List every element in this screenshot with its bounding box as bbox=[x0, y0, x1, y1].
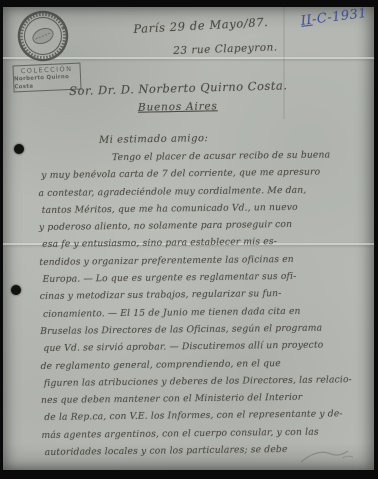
letter-body: Tengo el placer de acusar recibo de su b… bbox=[38, 149, 368, 464]
recipient-line: Sor. Dr. D. Norberto Quirno Costa. bbox=[69, 78, 288, 98]
salutation: Mi estimado amigo: bbox=[99, 133, 209, 146]
dateline-street-address: 23 rue Clapeyron. bbox=[173, 41, 278, 57]
pencil-mark bbox=[298, 445, 356, 467]
letter-paper: COLECCIÓN Norberto Quirno Costa II-C-193… bbox=[3, 7, 374, 470]
recipient-city: Buenos Aires bbox=[138, 100, 218, 113]
hole-punch-bottom bbox=[11, 285, 21, 295]
dateline-place-date: París 29 de Mayo/87. bbox=[133, 15, 269, 36]
scanned-letter-page: COLECCIÓN Norberto Quirno Costa II-C-193… bbox=[0, 0, 378, 479]
fold-crease-vertical bbox=[283, 7, 285, 119]
archive-seal-stamp-icon bbox=[9, 2, 77, 70]
catalog-number-rest: -C-1931 bbox=[311, 6, 368, 28]
catalog-number-annotation: II-C-1931 bbox=[300, 6, 368, 29]
hole-punch-top bbox=[14, 144, 24, 154]
